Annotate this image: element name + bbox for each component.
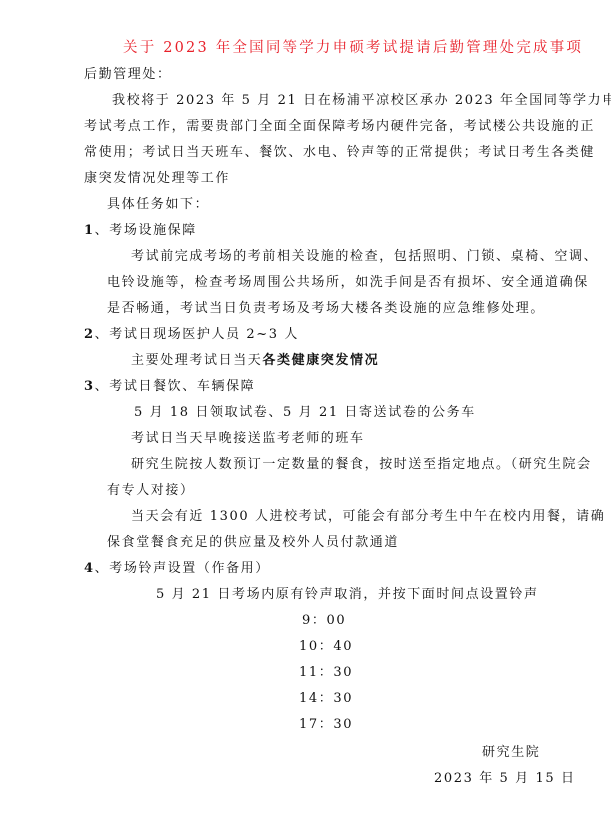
intro-line: 考试考点工作，需要贵部门全面全面保障考场内硬件完备，考试楼公共设施的正 <box>84 119 595 135</box>
section-line: 当天会有近 1300 人进校考试，可能会有部分考生中午在校内用餐，请确 <box>131 509 605 525</box>
section-heading: 3、考试日餐饮、车辆保障 <box>84 379 255 395</box>
section-separator: 、 <box>95 327 110 342</box>
section-line: 主要处理考试日当天各类健康突发情况 <box>131 353 379 369</box>
section-title: 考场设施保障 <box>109 223 197 238</box>
document-date: 2023 年 5 月 15 日 <box>434 771 576 787</box>
salutation: 后勤管理处： <box>84 67 172 83</box>
section-line: 有专人对接） <box>107 483 195 499</box>
section-heading: 1、考场设施保障 <box>84 223 197 239</box>
section-heading: 2、考试日现场医护人员 2~3 人 <box>84 327 299 343</box>
section-separator: 、 <box>95 561 110 576</box>
section-line: 5 月 18 日领取试卷、5 月 21 日寄送试卷的公务车 <box>134 405 476 421</box>
section-line: 考试日当天早晚接送监考老师的班车 <box>131 431 365 447</box>
section-title: 考试日餐饮、车辆保障 <box>109 379 255 394</box>
section-line: 5 月 21 日考场内原有铃声取消，并按下面时间点设置铃声 <box>156 587 539 603</box>
bell-time: 17：30 <box>299 717 353 733</box>
section-line: 保食堂餐食充足的供应量及校外人员付款通道 <box>107 535 399 551</box>
section-title: 考试日现场医护人员 2~3 人 <box>109 327 299 342</box>
intro-line: 康突发情况处理等工作 <box>84 171 230 187</box>
signature: 研究生院 <box>482 745 540 761</box>
intro-line: 常使用；考试日当天班车、餐饮、水电、铃声等的正常提供；考试日考生各类健 <box>84 145 595 161</box>
section-line-text: 主要处理考试日当天 <box>131 353 262 368</box>
section-number: 1 <box>84 223 95 238</box>
tasks-intro: 具体任务如下： <box>107 197 209 213</box>
section-line: 研究生院按人数预订一定数量的餐食，按时送至指定地点。（研究生院会 <box>131 457 592 473</box>
section-line: 是否畅通，考试当日负责考场及考场大楼各类设施的应急维修处理。 <box>107 301 545 317</box>
section-line: 电铃设施等，检查考场周围公共场所，如洗手间是否有损坏、安全通道确保 <box>107 275 589 291</box>
section-line-emphasis: 各类健康突发情况 <box>262 353 379 368</box>
section-line: 考试前完成考场的考前相关设施的检查，包括照明、门锁、桌椅、空调、 <box>131 249 598 265</box>
bell-time: 9：00 <box>302 613 346 629</box>
section-separator: 、 <box>95 379 110 394</box>
section-number: 2 <box>84 327 95 342</box>
section-heading: 4、考场铃声设置（作备用） <box>84 561 270 577</box>
section-number: 4 <box>84 561 95 576</box>
section-separator: 、 <box>95 223 110 238</box>
section-number: 3 <box>84 379 95 394</box>
bell-time: 11：30 <box>299 665 353 681</box>
section-title: 考场铃声设置（作备用） <box>109 561 270 576</box>
intro-line: 我校将于 2023 年 5 月 21 日在杨浦平凉校区承办 2023 年全国同等… <box>112 93 611 109</box>
document-title: 关于 2023 年全国同等学力申硕考试提请后勤管理处完成事项 <box>123 40 583 56</box>
bell-time: 10：40 <box>299 639 353 655</box>
bell-time: 14：30 <box>299 691 353 707</box>
